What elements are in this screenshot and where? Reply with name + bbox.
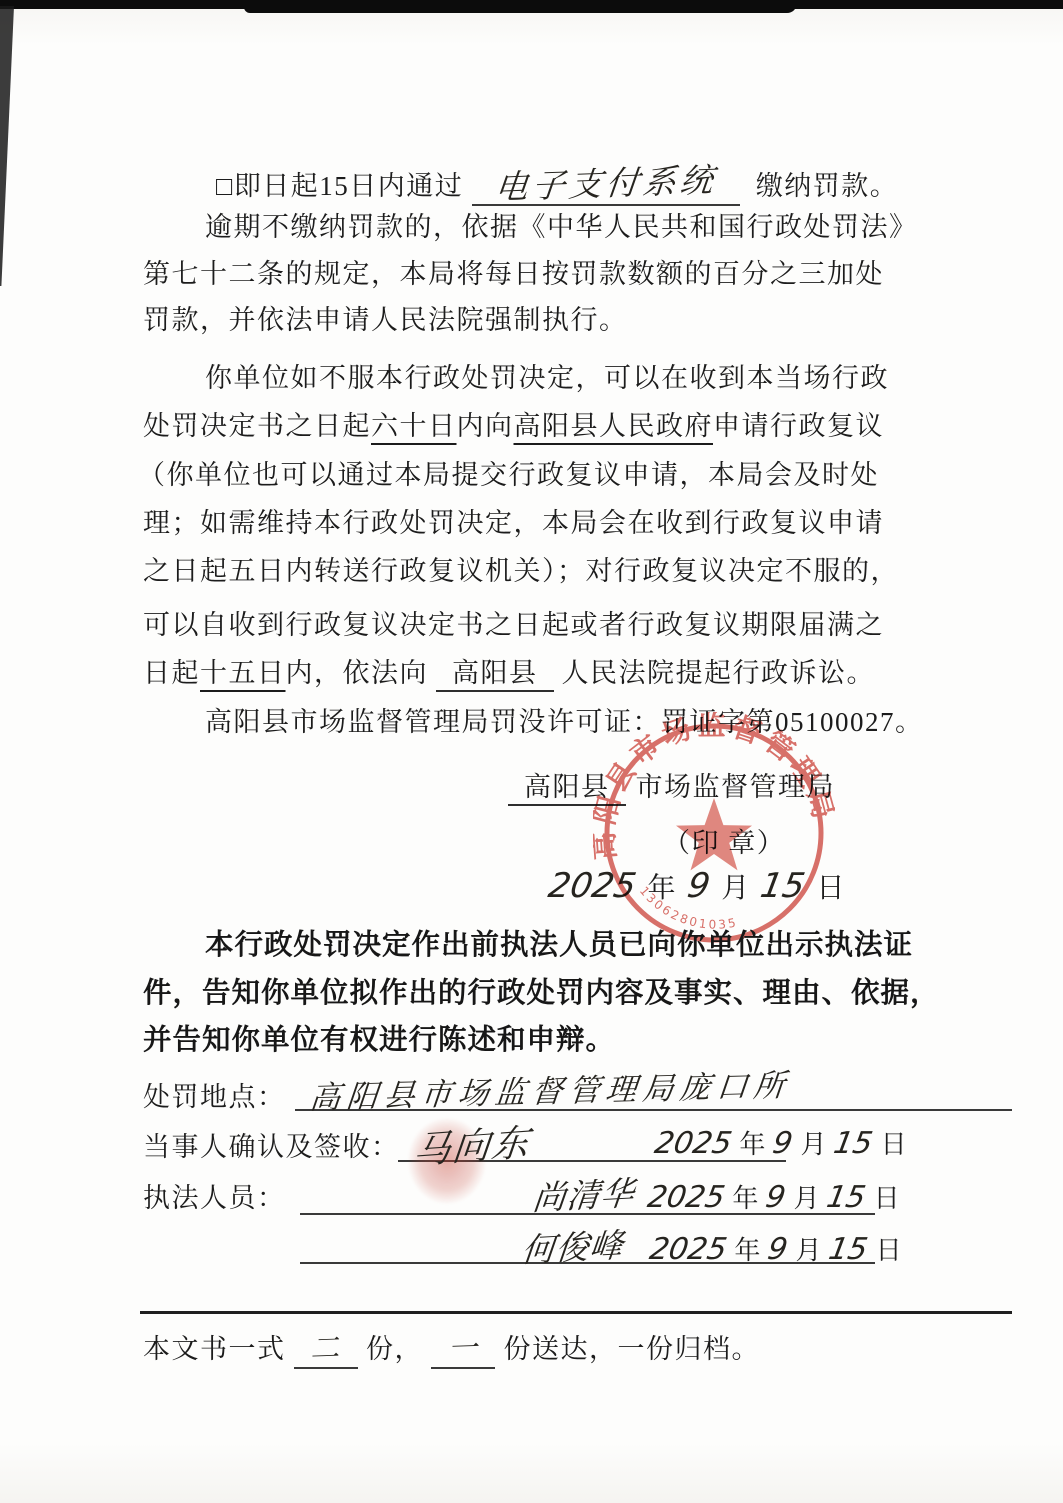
footer-delivered-handwritten: 一 <box>447 1329 479 1366</box>
party-date-day-unit: 日 <box>881 1130 907 1159</box>
officer1-date-year-unit: 年 <box>732 1184 758 1213</box>
footer-copies-blank: 二 <box>294 1330 358 1369</box>
official-red-seal: 高阳县市场监督管理局 13062801035 <box>593 712 835 954</box>
appeal-line-3: （你单位也可以通过本局提交行政复议申请，本局会及时处 <box>138 459 879 493</box>
officer1-date-month-value: 9 <box>763 1180 788 1215</box>
officer2-date: 2025年9月15日 <box>650 1230 910 1267</box>
notice-line-3: 并告知你单位有权进行陈述和申辩。 <box>143 1017 615 1058</box>
appeal-line-5: 之日起五日内转送行政复议机关）；对行政复议决定不服的， <box>143 555 899 589</box>
party-date-year-value: 2025 <box>652 1126 735 1161</box>
appeal-line-6: 可以自收到行政复议决定书之日起或者行政复议期限届满之 <box>143 609 884 643</box>
payment-before-text: 即日起15日内通过 <box>234 171 464 201</box>
appeal-l2-underlined-government: 高阳县人民政府 <box>514 411 714 441</box>
seal-star-icon <box>676 798 752 870</box>
officer2-date-day-unit: 日 <box>876 1236 902 1265</box>
officer2-date-year-value: 2025 <box>647 1232 730 1267</box>
officer2-signature: 何俊峰 <box>520 1219 627 1272</box>
scan-edge-left-corner <box>0 6 14 286</box>
footer-line: 本文书一式 二 份， 一 份送达，一份归档。 <box>143 1330 760 1369</box>
officer2-date-year-unit: 年 <box>734 1236 760 1265</box>
appeal-line-7: 日起十五日内，依法向高阳县人民法院提起行政诉讼。 <box>143 657 875 691</box>
scanned-penalty-document: □即日起15日内通过 电子支付系统 缴纳罚款。 逾期不缴纳罚款的，依据《中华人民… <box>0 0 1063 1503</box>
appeal-l2-text-a: 处罚决定书之日起 <box>143 411 371 441</box>
officer2-date-month-value: 9 <box>765 1232 790 1267</box>
overdue-line-2: 第七十二条的规定，本局将每日按罚款数额的百分之三加处 <box>143 258 884 292</box>
checkbox-icon: □ <box>216 171 234 201</box>
officer1-date-day-unit: 日 <box>874 1184 900 1213</box>
seal-graphic: 高阳县市场监督管理局 13062801035 <box>593 712 835 954</box>
scan-edge-top-bump <box>244 0 797 13</box>
appeal-l2-text-e: 申请行政复议 <box>713 411 884 441</box>
appeal-l7-text-c: 内，依法向 <box>286 658 429 688</box>
payment-method-blank: 电子支付系统 <box>472 163 740 206</box>
overdue-line-3: 罚款，并依法申请人民法院强制执行。 <box>143 304 628 338</box>
officer1-date-day-value: 15 <box>824 1180 868 1215</box>
party-date-day-value: 15 <box>831 1126 875 1161</box>
footer-divider <box>140 1311 1012 1314</box>
appeal-l7-court-county-blank: 高阳县 <box>436 658 554 692</box>
notice-line-2: 件，告知你单位拟作出的行政处罚内容及事实、理由、依据， <box>143 970 940 1011</box>
notice-line-1: 本行政处罚决定作出前执法人员已向你单位出示执法证 <box>205 922 913 963</box>
appeal-l7-underlined-fifteen-days: 十五日 <box>200 658 286 688</box>
place-label: 处罚地点： <box>143 1081 286 1115</box>
overdue-line-1: 逾期不缴纳罚款的，依据《中华人民共和国行政处罚法》 <box>205 211 918 245</box>
party-date-year-unit: 年 <box>739 1130 765 1159</box>
officer1-date-year-value: 2025 <box>645 1180 728 1215</box>
appeal-line-2: 处罚决定书之日起六十日内向高阳县人民政府申请行政复议 <box>143 410 884 444</box>
party-label: 当事人确认及签收： <box>143 1131 400 1165</box>
footer-text-a: 本文书一式 <box>143 1334 286 1364</box>
officer2-date-month-unit: 月 <box>795 1236 821 1265</box>
footer-text-c: 份， <box>366 1334 423 1364</box>
officer1-date-month-unit: 月 <box>793 1184 819 1213</box>
footer-delivered-blank: 一 <box>431 1330 495 1369</box>
party-signature: 马向东 <box>411 1112 533 1175</box>
appeal-l2-underlined-sixty-days: 六十日 <box>371 411 457 441</box>
party-date-month-value: 9 <box>770 1126 795 1161</box>
payment-method-line: □即日起15日内通过 电子支付系统 缴纳罚款。 <box>216 163 898 206</box>
appeal-l7-text-e: 人民法院提起行政诉讼。 <box>562 658 876 688</box>
officer1-date: 2025年9月15日 <box>648 1178 908 1215</box>
appeal-line-1: 你单位如不服本行政处罚决定，可以在收到本当场行政 <box>205 362 889 396</box>
appeal-l2-text-c: 内向 <box>457 411 514 441</box>
appeal-l7-text-a: 日起 <box>143 658 200 688</box>
footer-text-e: 份送达，一份归档。 <box>504 1334 761 1364</box>
officer2-date-day-value: 15 <box>826 1232 870 1267</box>
appeal-line-4: 理；如需维持本行政处罚决定，本局会在收到行政复议申请 <box>143 507 884 541</box>
party-date-month-unit: 月 <box>800 1130 826 1159</box>
party-date: 2025年9月15日 <box>655 1124 915 1161</box>
payment-method-handwritten: 电子支付系统 <box>492 159 718 208</box>
payment-after-text: 缴纳罚款。 <box>756 171 899 201</box>
officer1-signature: 尚清华 <box>531 1167 638 1220</box>
officer-label: 执法人员： <box>143 1182 286 1216</box>
footer-copies-handwritten: 二 <box>310 1329 342 1366</box>
